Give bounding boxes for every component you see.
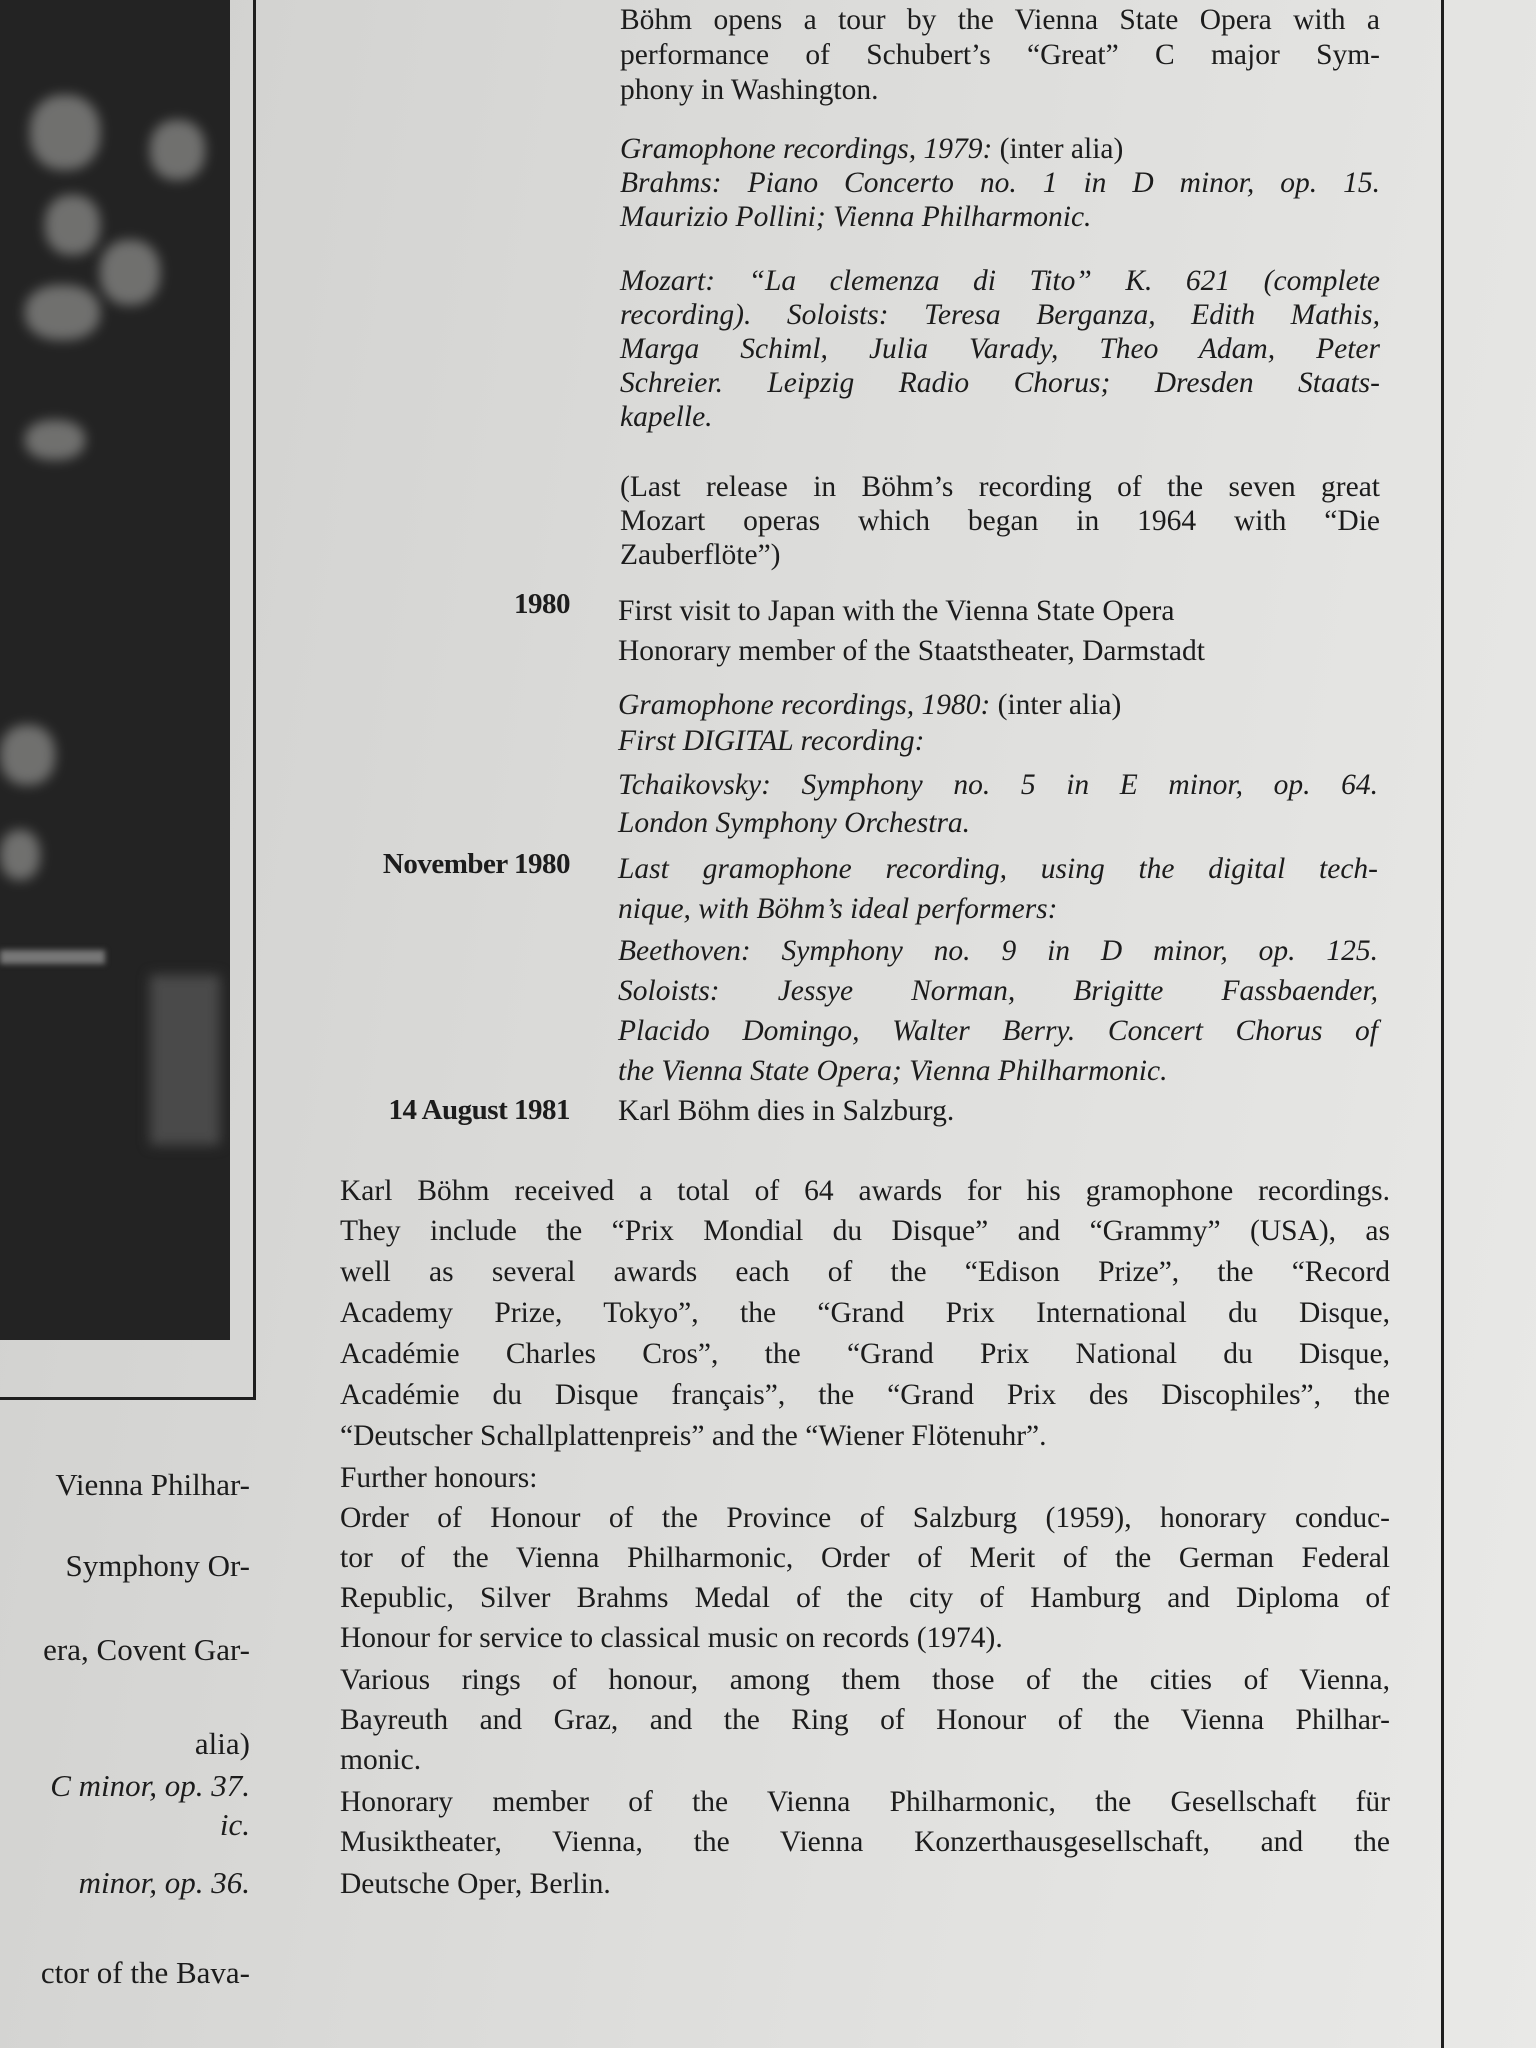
honours-line: Order of Honour of the Province of Salzb… [340, 1502, 1390, 1535]
recording-text: Marga Schiml, Julia Varady, Theo Adam, P… [620, 332, 1380, 367]
left-snippet: ic. [220, 1807, 250, 1843]
recordings-heading: Gramophone recordings, 1980: (inter alia… [618, 688, 1378, 723]
left-snippet: C minor, op. 37. [50, 1768, 250, 1804]
awards-line: “Deutscher Schallplattenpreis” and the “… [340, 1420, 1390, 1453]
entry-text: (Last release in Böhm’s recording of the… [620, 470, 1380, 505]
recording-text: kapelle. [620, 400, 1380, 435]
recordings-heading: Gramophone recordings, 1979: (inter alia… [620, 132, 1380, 167]
left-snippet: minor, op. 36. [79, 1865, 250, 1901]
honours-line: Musiktheater, Vienna, the Vienna Konzert… [340, 1826, 1390, 1859]
honours-line: Honour for service to classical music on… [340, 1622, 1390, 1655]
awards-line: Karl Böhm received a total of 64 awards … [340, 1175, 1390, 1208]
photo-face [150, 120, 205, 180]
entry-text: Mozart operas which began in 1964 with “… [620, 504, 1380, 539]
recording-text: Maurizio Pollini; Vienna Philharmonic. [620, 200, 1380, 235]
entry-text: performance of Schubert’s “Great” C majo… [620, 38, 1380, 73]
honours-line: Deutsche Oper, Berlin. [340, 1868, 1390, 1901]
photo-face [25, 420, 85, 460]
recording-text: Placido Domingo, Walter Berry. Concert C… [618, 1014, 1378, 1049]
entry-text: Honorary member of the Staatstheater, Da… [618, 634, 1378, 669]
honours-line: Republic, Silver Brahms Medal of the cit… [340, 1582, 1390, 1615]
left-snippet: alia) [195, 1726, 250, 1762]
photo-frame-border [0, 1397, 256, 1400]
recording-text: Soloists: Jessye Norman, Brigitte Fassba… [618, 974, 1378, 1009]
honours-line: Honorary member of the Vienna Philharmon… [340, 1786, 1390, 1819]
recordings-heading-italic: Gramophone recordings, 1980: [618, 689, 990, 721]
left-snippet: Symphony Or- [65, 1548, 250, 1584]
photo-face [30, 95, 100, 170]
recording-text: London Symphony Orchestra. [618, 806, 1378, 841]
page-edge-rule [1441, 0, 1444, 2048]
entry-text: First visit to Japan with the Vienna Sta… [618, 594, 1378, 629]
honours-line: Bayreuth and Graz, and the Ring of Honou… [340, 1704, 1390, 1737]
awards-line: Académie Charles Cros”, the “Grand Prix … [340, 1338, 1390, 1371]
photo-detail [0, 950, 105, 964]
photo-face [45, 195, 100, 255]
recording-text: nique, with Böhm’s ideal performers: [618, 892, 1378, 927]
recording-text: Tchaikovsky: Symphony no. 5 in E minor, … [618, 768, 1378, 803]
awards-line: Academy Prize, Tokyo”, the “Grand Prix I… [340, 1297, 1390, 1330]
entry-date: 14 August 1981 [315, 1094, 570, 1127]
honours-line: tor of the Vienna Philharmonic, Order of… [340, 1542, 1390, 1575]
honours-line: monic. [340, 1744, 1390, 1777]
recording-text: Last gramophone recording, using the dig… [618, 852, 1378, 887]
photo-face [25, 285, 100, 340]
photo-detail [150, 975, 220, 1145]
honours-heading: Further honours: [340, 1462, 1390, 1495]
recording-text: First DIGITAL recording: [618, 724, 1378, 759]
photo-face [0, 830, 40, 880]
entry-date: 1980 [330, 588, 570, 621]
awards-line: well as several awards each of the “Edis… [340, 1256, 1390, 1289]
group-photograph [0, 0, 230, 1340]
recordings-heading-italic: Gramophone recordings, 1979: [620, 133, 992, 165]
left-snippet: Vienna Philhar- [55, 1467, 250, 1503]
photo-face [100, 240, 160, 305]
photo-frame-border [253, 0, 256, 1400]
entry-text: Böhm opens a tour by the Vienna State Op… [620, 3, 1380, 38]
entry-date: November 1980 [315, 848, 570, 881]
awards-line: They include the “Prix Mondial du Disque… [340, 1215, 1390, 1248]
recordings-heading-roman: (inter alia) [990, 689, 1121, 721]
left-snippet: ctor of the Bava- [41, 1955, 250, 1991]
entry-text: Karl Böhm dies in Salzburg. [618, 1094, 1378, 1129]
honours-line: Various rings of honour, among them thos… [340, 1664, 1390, 1697]
left-snippet: era, Covent Gar- [43, 1632, 250, 1668]
recording-text: the Vienna State Opera; Vienna Philharmo… [618, 1054, 1378, 1089]
photo-face [0, 725, 55, 785]
entry-text: phony in Washington. [620, 73, 1380, 108]
recording-text: Brahms: Piano Concerto no. 1 in D minor,… [620, 166, 1380, 201]
awards-line: Académie du Disque français”, the “Grand… [340, 1379, 1390, 1412]
recordings-heading-roman: (inter alia) [992, 133, 1123, 165]
recording-text: Schreier. Leipzig Radio Chorus; Dresden … [620, 366, 1380, 401]
recording-text: recording). Soloists: Teresa Berganza, E… [620, 298, 1380, 333]
recording-text: Mozart: “La clemenza di Tito” K. 621 (co… [620, 264, 1380, 299]
recording-text: Beethoven: Symphony no. 9 in D minor, op… [618, 934, 1378, 969]
entry-text: Zauberflöte”) [620, 538, 1380, 573]
